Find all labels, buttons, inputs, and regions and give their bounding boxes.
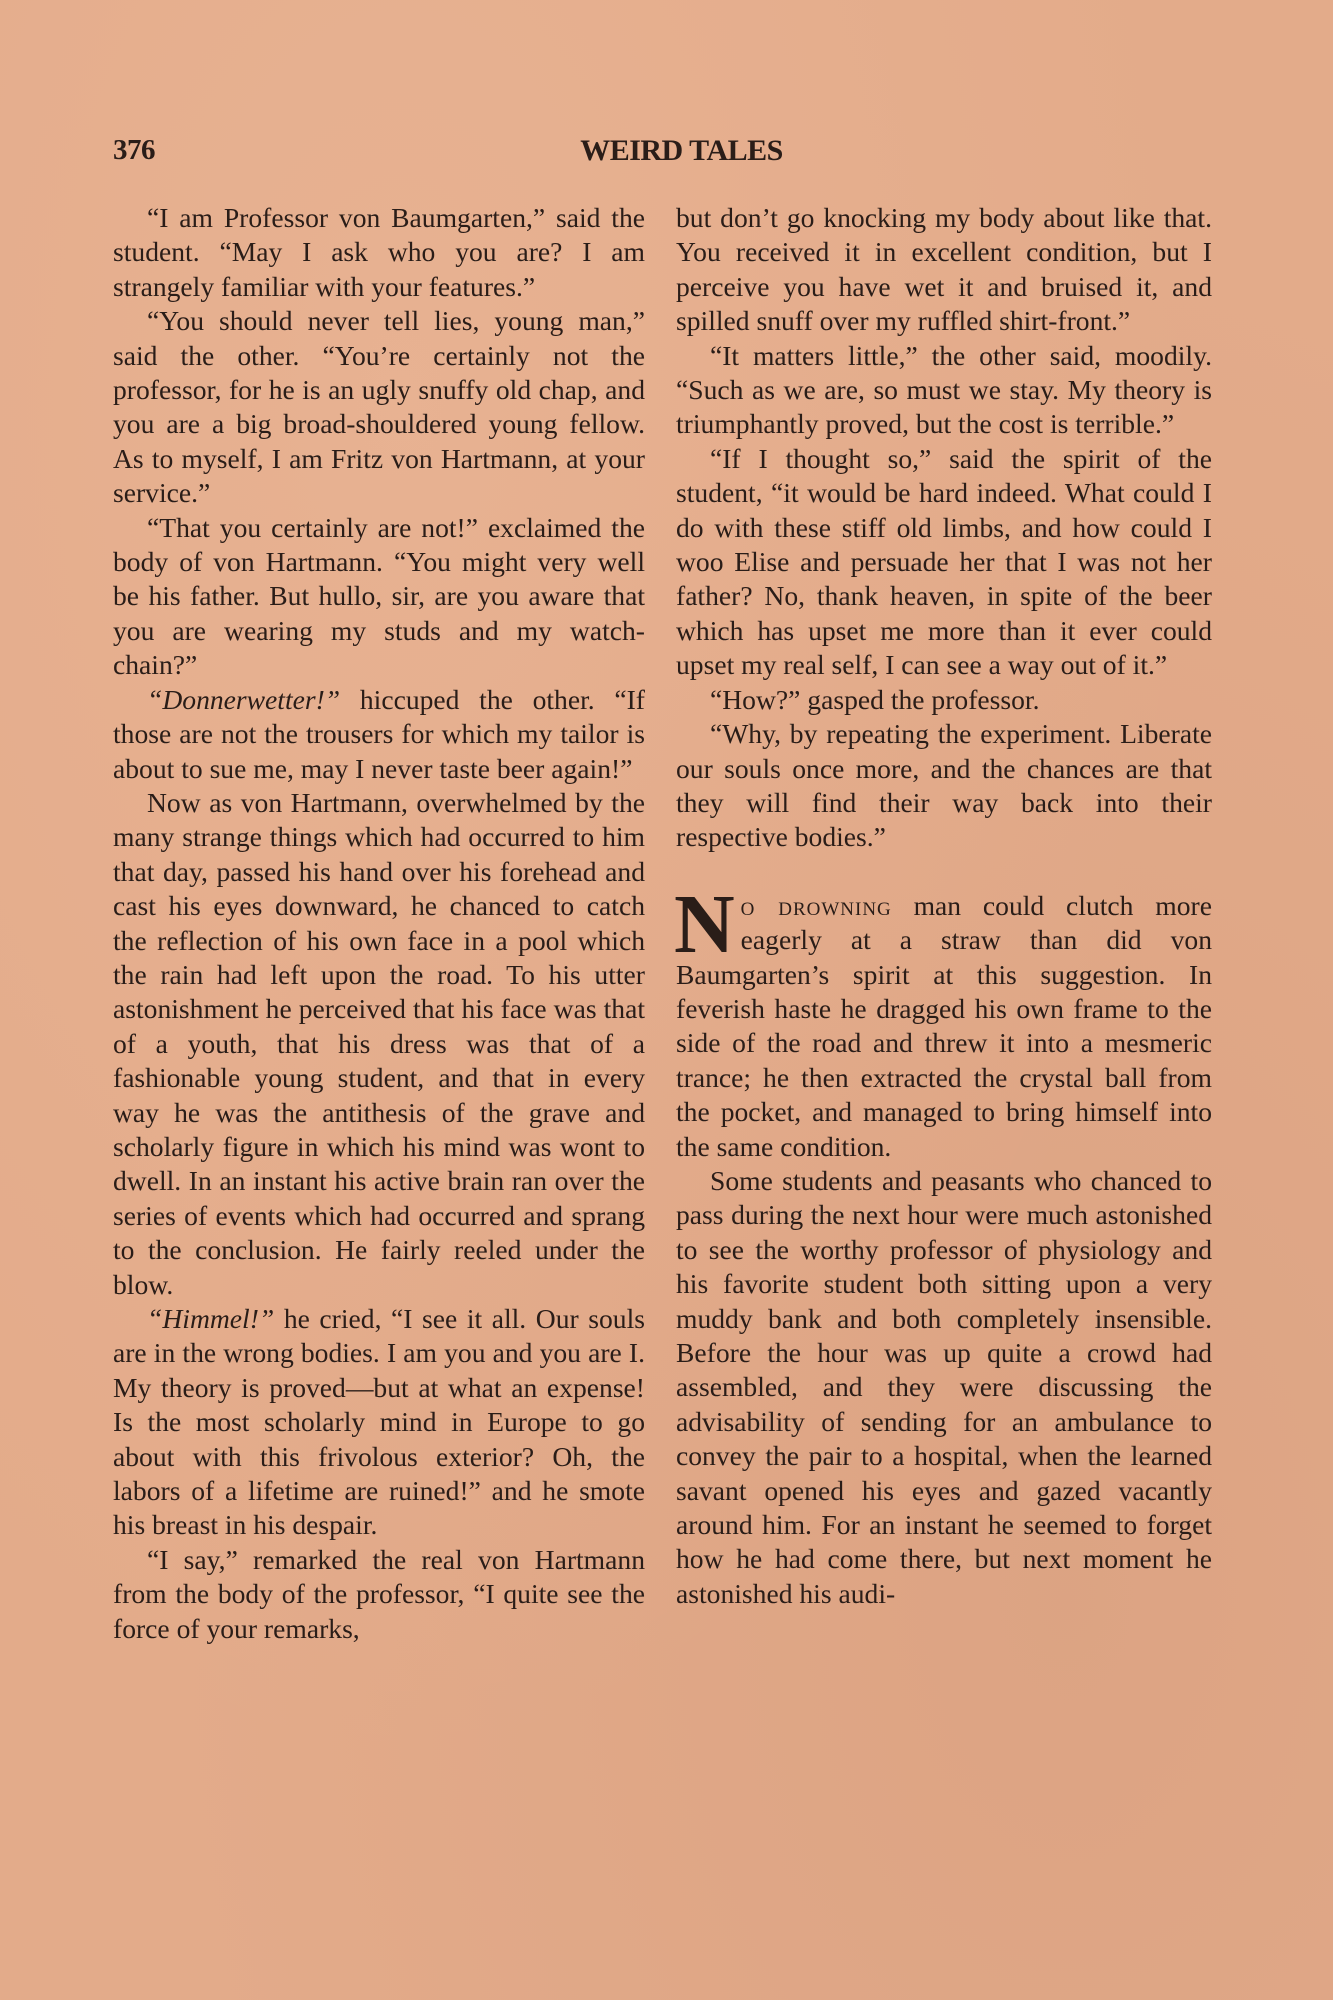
paragraph-text: “I say,” remarked the real von Hart­mann… [113, 1544, 645, 1644]
paragraph-text: “If I thought so,” said the spirit of th… [676, 443, 1212, 680]
paragraph-text: “How?” gasped the professor. [710, 684, 1039, 715]
paragraph: “Why, by repeating the experiment. Liber… [676, 717, 1212, 855]
paragraph: but don’t go knocking my body about like… [676, 201, 1212, 339]
paragraph: “How?” gasped the professor. [676, 683, 1212, 717]
italic-exclamation: “Donnerwetter!” [147, 684, 340, 715]
paragraph-text: “You should never tell lies, young man,”… [113, 305, 645, 508]
right-column-dialogue: but don’t go knocking my body about like… [676, 201, 1212, 855]
paragraph: “That you certainly are not!” exclaimed … [113, 511, 645, 683]
paragraph-text: but don’t go knocking my body about like… [676, 202, 1212, 336]
paragraph: “You should never tell lies, young man,”… [113, 304, 645, 510]
paragraph-text: “It matters little,” the other said, moo… [676, 340, 1212, 440]
paragraph: “Himmel!” he cried, “I see it all. Our s… [113, 1302, 645, 1543]
paragraph: Some students and peasants who chanced t… [676, 1164, 1212, 1611]
paragraph: “I am Professor von Baumgarten,” said th… [113, 201, 645, 304]
paragraph: “I say,” remarked the real von Hart­mann… [113, 1543, 645, 1646]
paragraph-text: Now as von Hartmann, overwhelmed by the … [113, 787, 645, 1300]
drop-cap: N [674, 893, 735, 957]
running-head: WEIRD TALES [0, 134, 1333, 168]
paragraph-text: “That you certainly are not!” exclaimed … [113, 512, 645, 681]
small-caps-lead: o drowning [741, 890, 892, 921]
paragraph: “If I thought so,” said the spirit of th… [676, 442, 1212, 683]
right-column-narrative: Some students and peasants who chanced t… [676, 1164, 1212, 1611]
paragraph-text: he cried, “I see it all. Our souls are i… [113, 1303, 645, 1540]
left-column: “I am Professor von Baumgarten,” said th… [113, 201, 645, 1646]
paragraph-text: “I am Professor von Baumgarten,” said th… [113, 202, 645, 302]
paragraph-text: “Why, by repeating the experiment. Liber… [676, 718, 1212, 852]
paragraph-text: Some students and peasants who chanced t… [676, 1165, 1212, 1609]
section-break [676, 855, 1212, 889]
section-opening-paragraph: No drowning man could clutch more eagerl… [676, 889, 1212, 1164]
paragraph: Now as von Hartmann, overwhelmed by the … [113, 786, 645, 1302]
right-column: but don’t go knocking my body about like… [676, 201, 1212, 1611]
paragraph: “It matters little,” the other said, moo… [676, 339, 1212, 442]
paragraph: “Donnerwetter!” hiccuped the other. “If … [113, 683, 645, 786]
opening-text: man could clutch more eagerly at a straw… [676, 890, 1212, 1162]
italic-exclamation: “Himmel!” [147, 1303, 274, 1334]
